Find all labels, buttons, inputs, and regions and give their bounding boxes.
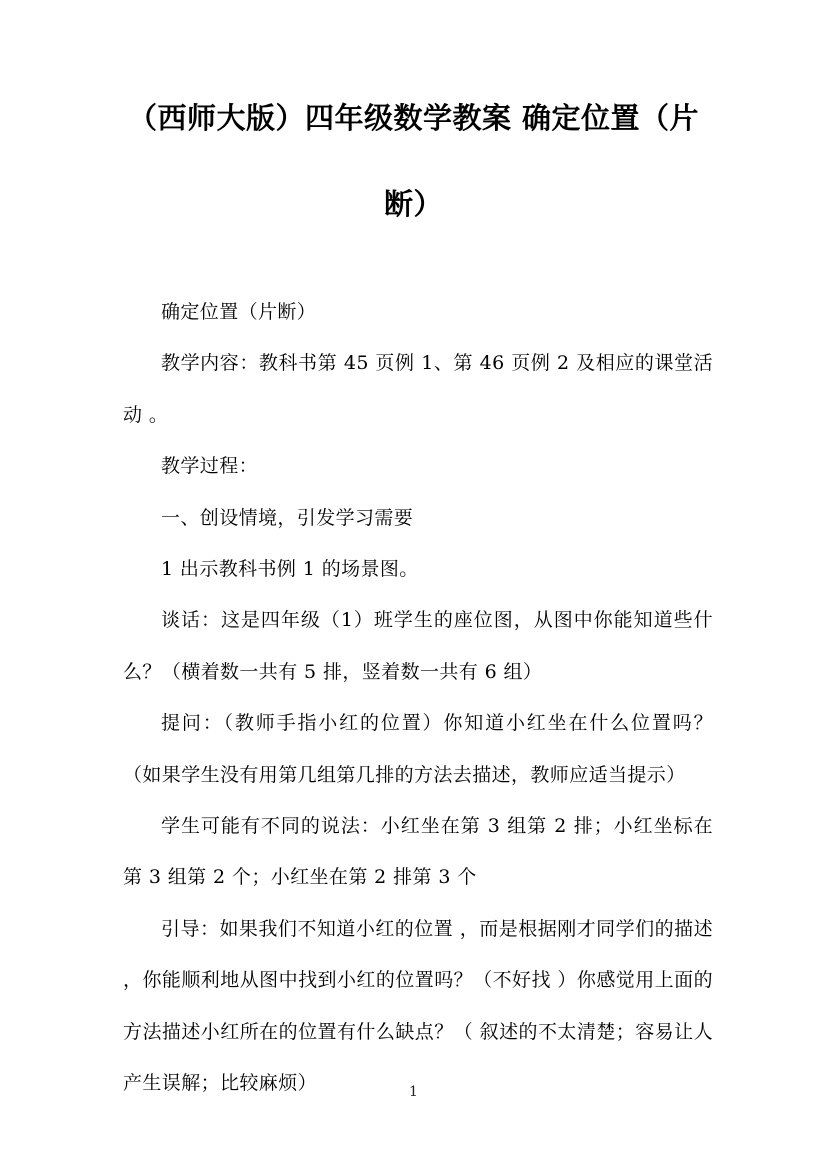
document-body: 确定位置（片断） 教学内容：教科书第 45 页例 1、第 46 页例 2 及相应… bbox=[123, 287, 713, 1110]
paragraph-show-example: 1 出示教科书例 1 的场景图。 bbox=[123, 544, 713, 595]
title-line-1: （西师大版）四年级数学教案 确定位置（片 bbox=[0, 75, 827, 161]
title-line-2: 断） bbox=[0, 161, 827, 247]
paragraph-talk: 谈话：这是四年级（1）班学生的座位图，从图中你能知道些什么？（横着数一共有 5 … bbox=[123, 595, 713, 698]
paragraph-teaching-process: 教学过程： bbox=[123, 441, 713, 492]
paragraph-student-answers: 学生可能有不同的说法：小红坐在第 3 组第 2 排；小红坐标在第 3 组第 2 … bbox=[123, 801, 713, 904]
paragraph-heading: 确定位置（片断） bbox=[123, 287, 713, 338]
document-page: （西师大版）四年级数学教案 确定位置（片 断） 确定位置（片断） 教学内容：教科… bbox=[0, 0, 827, 1170]
page-number: 1 bbox=[409, 1084, 418, 1100]
document-title: （西师大版）四年级数学教案 确定位置（片 断） bbox=[0, 75, 827, 247]
paragraph-question: 提问：（教师手指小红的位置）你知道小红坐在什么位置吗？（如果学生没有用第几组第几… bbox=[123, 698, 713, 801]
paragraph-section-one: 一、创设情境，引发学习需要 bbox=[123, 493, 713, 544]
page-footer: 1 bbox=[0, 1081, 827, 1102]
paragraph-guidance: 引导：如果我们不知道小红的位置 ，而是根据刚才同学们的描述 ，你能顺利地从图中找… bbox=[123, 904, 713, 1110]
paragraph-teaching-content: 教学内容：教科书第 45 页例 1、第 46 页例 2 及相应的课堂活动 。 bbox=[123, 338, 713, 441]
